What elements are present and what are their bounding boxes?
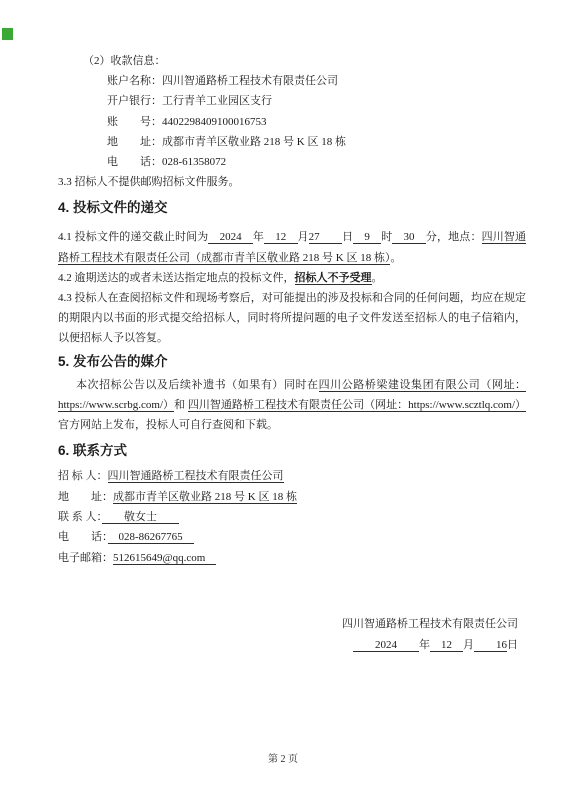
payment-label: 账户名称： <box>107 75 162 87</box>
contact-label: 电子邮箱： <box>58 552 113 564</box>
payment-value: 028-61358072 <box>162 156 226 168</box>
media-paragraph-tail: 官方网站上发布，投标人可自行查阅和下载。 <box>58 419 278 431</box>
contact-row-address: 地 址：成都市青羊区敬业路 218 号 K 区 18 栋 <box>58 487 526 507</box>
contact-value: 512615649@qq.com <box>113 552 216 565</box>
clause-4-1-lead: 4.1 投标文件的递交截止时间为 <box>58 231 208 243</box>
payment-row-address: 地 址：成都市青羊区敬业路 218 号 K 区 18 栋 <box>107 132 526 152</box>
signature-year-blank: 2024 <box>353 639 419 652</box>
contact-label: 联 系 人： <box>58 511 102 523</box>
payment-value: 四川智通路桥工程技术有限责任公司 <box>162 75 338 87</box>
document-content: （2）收款信息： 账户名称：四川智通路桥工程技术有限责任公司 开户银行：工行青羊… <box>58 51 526 656</box>
deadline-minute-blank: 30 <box>392 231 425 244</box>
deadline-month-blank: 12 <box>264 231 297 244</box>
payment-label: 地 址： <box>107 136 162 148</box>
document-page: （2）收款信息： 账户名称：四川智通路桥工程技术有限责任公司 开户银行：工行青羊… <box>0 0 566 800</box>
section-6-heading: 6. 联系方式 <box>58 441 526 461</box>
clause-4-3: 4.3 投标人在查阅招标文件和现场考察后，对可能提出的涉及投标和合同的任何问题，… <box>58 288 526 349</box>
payment-value: 工行青羊工业园区支行 <box>162 95 272 107</box>
contact-row-email: 电子邮箱：512615649@qq.com <box>58 548 526 568</box>
deadline-hour-blank: 9 <box>353 231 381 244</box>
page-number: 第 2 页 <box>0 750 566 765</box>
payment-row-phone: 电 话：028-61358072 <box>107 152 526 172</box>
clause-4-2-tail: 。 <box>372 272 383 284</box>
contact-value: 四川智通路桥工程技术有限责任公司 <box>108 470 284 483</box>
payment-label: 开户银行： <box>107 95 162 107</box>
rejection-emphasis: 招标人不予受理 <box>295 272 372 285</box>
contact-row-phone: 电 话： 028-86267765 <box>58 527 526 547</box>
signature-block: 四川智通路桥工程技术有限责任公司 2024 年 12 月 16日 <box>58 614 518 656</box>
signature-year-label: 年 <box>419 639 430 651</box>
signature-month-blank: 12 <box>430 639 463 652</box>
media-paragraph-mid: 和 <box>174 399 188 411</box>
payment-row-bank: 开户银行：工行青羊工业园区支行 <box>107 91 526 111</box>
green-corner-marker <box>2 28 13 40</box>
contact-value: 成都市青羊区敬业路 218 号 K 区 18 栋 <box>113 491 297 504</box>
contact-label: 电 话： <box>58 531 108 543</box>
signature-day-label: 日 <box>507 639 518 651</box>
announcement-media-paragraph: 本次招标公告以及后续补遗书（如果有）同时在四川公路桥梁建设集团有限公司（网址：h… <box>58 375 526 436</box>
payment-label: 电 话： <box>107 156 162 168</box>
signature-day-blank: 16 <box>474 639 507 652</box>
signature-month-label: 月 <box>463 639 474 651</box>
payment-info-heading: （2）收款信息： <box>83 51 526 71</box>
minute-label: 分，地点： <box>426 231 482 243</box>
contact-label: 地 址： <box>58 491 113 503</box>
clause-4-1-tail: 。 <box>390 252 401 264</box>
payment-label: 账 号： <box>107 116 162 128</box>
contact-row-tenderer: 招 标 人：四川智通路桥工程技术有限责任公司 <box>58 466 526 486</box>
contact-label: 招 标 人： <box>58 470 108 482</box>
media-site-2: 四川智通路桥工程技术有限责任公司（网址：https://www.scztlq.c… <box>188 399 526 412</box>
clause-3-3: 3.3 招标人不提供邮购招标文件服务。 <box>58 172 526 192</box>
contact-row-person: 联 系 人： 敬女士 <box>58 507 526 527</box>
deadline-year-blank: 2024 <box>208 231 252 244</box>
hour-label: 时 <box>381 231 392 243</box>
section-5-heading: 5. 发布公告的媒介 <box>58 352 526 372</box>
clause-4-1: 4.1 投标文件的递交截止时间为 2024 年 12 月27 日 9 时 30 … <box>58 227 526 267</box>
contact-value: 敬女士 <box>102 511 179 524</box>
month-label: 月 <box>298 231 309 243</box>
year-label: 年 <box>253 231 264 243</box>
clause-4-2: 4.2 逾期送达的或者未送达指定地点的投标文件，招标人不予受理。 <box>58 268 526 288</box>
signature-date-line: 2024 年 12 月 16日 <box>58 635 518 656</box>
section-4-heading: 4. 投标文件的递交 <box>58 198 526 218</box>
deadline-day-blank: 27 <box>309 231 342 244</box>
day-label: 日 <box>342 231 353 243</box>
payment-row-account-name: 账户名称：四川智通路桥工程技术有限责任公司 <box>107 71 526 91</box>
signature-company: 四川智通路桥工程技术有限责任公司 <box>58 614 518 635</box>
payment-row-account-number: 账 号：4402298409100016753 <box>107 112 526 132</box>
payment-value: 4402298409100016753 <box>162 116 267 128</box>
contact-value: 028-86267765 <box>108 531 194 544</box>
clause-4-2-lead: 4.2 逾期送达的或者未送达指定地点的投标文件， <box>58 272 295 284</box>
payment-value: 成都市青羊区敬业路 218 号 K 区 18 栋 <box>162 136 346 148</box>
media-paragraph-lead: 本次招标公告以及后续补遗书（如果有）同时在 <box>76 379 319 391</box>
